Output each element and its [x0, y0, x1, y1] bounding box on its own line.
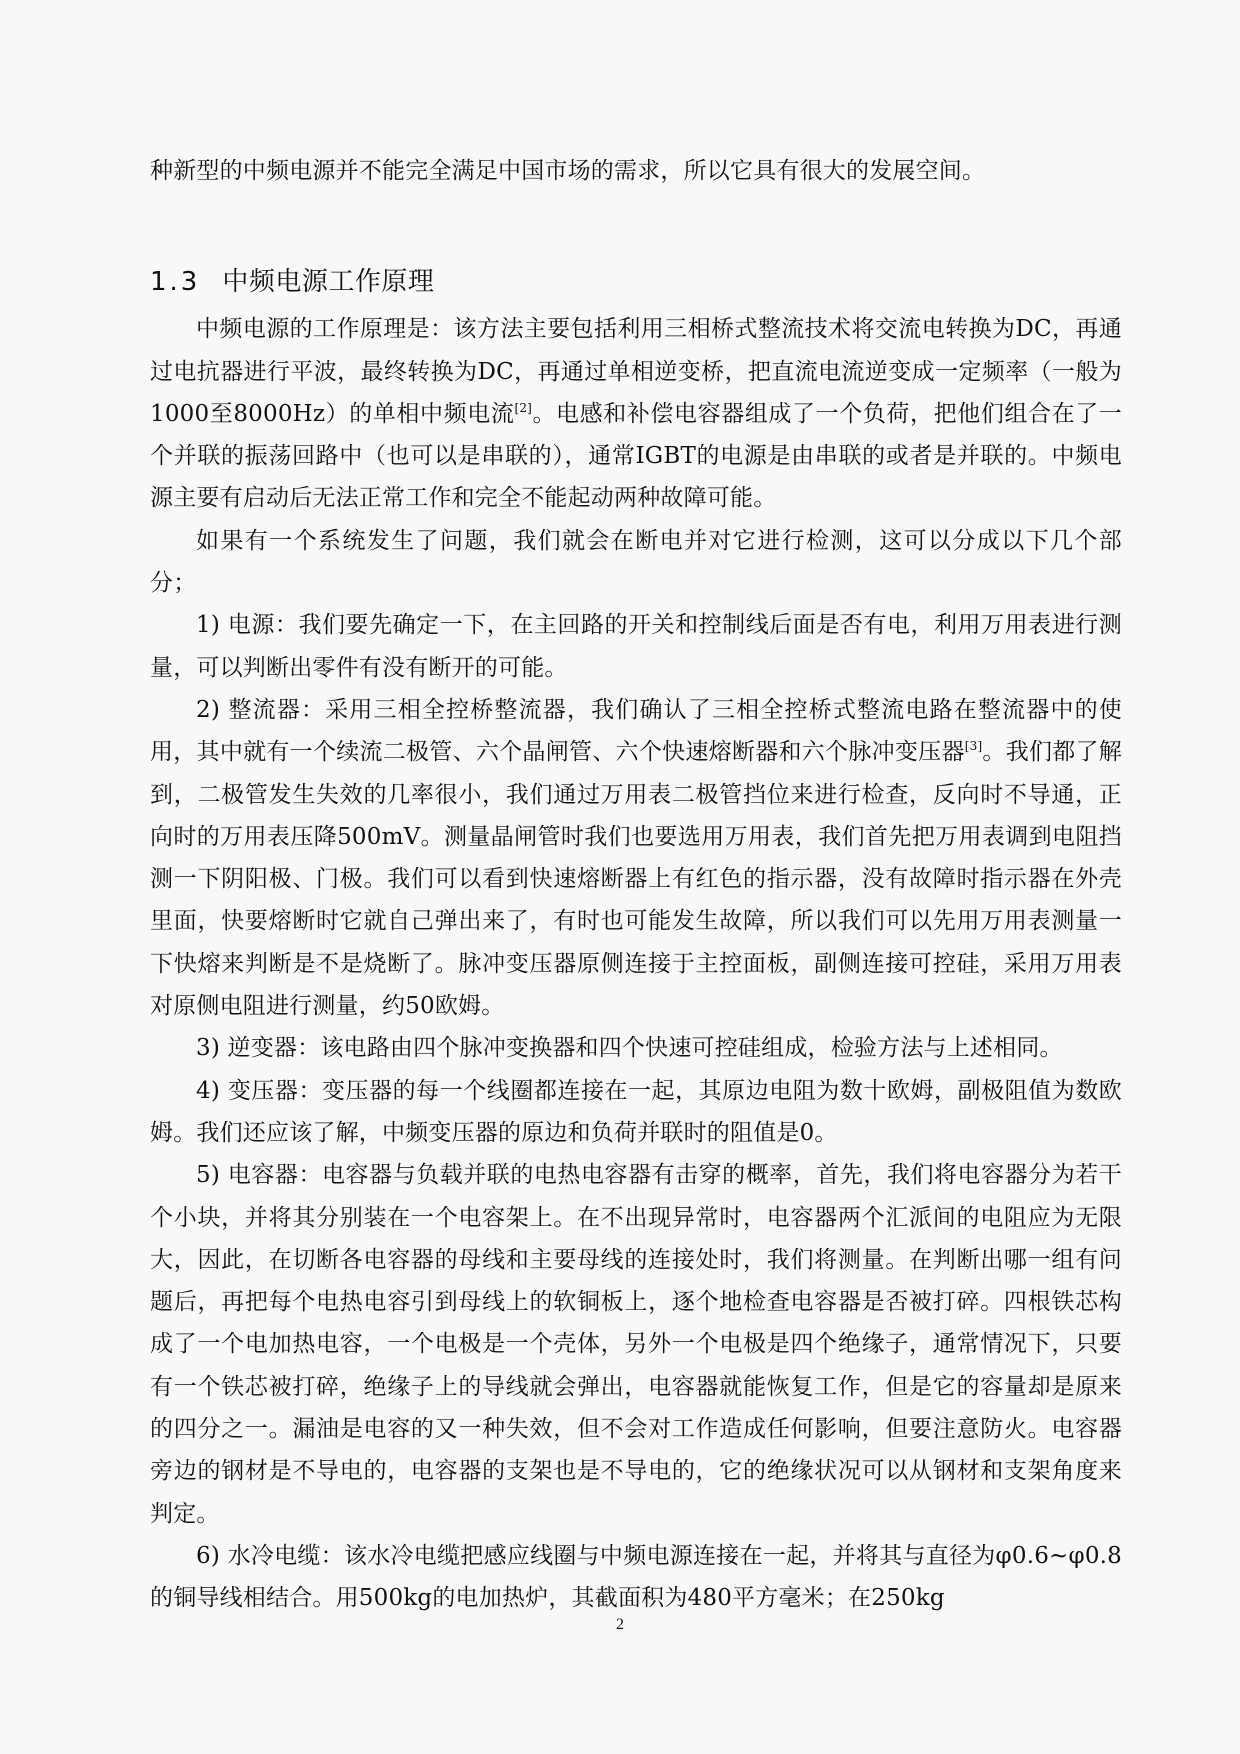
section-title: 中频电源工作原理: [222, 267, 434, 297]
paragraph-item-transformer: 4) 变压器：变压器的每一个线圈都连接在一起，其原边电阻为数十欧姆，副极阻值为数…: [150, 1070, 1122, 1155]
paragraph-fault-detection-intro: 如果有一个系统发生了问题，我们就会在断电并对它进行检测，这可以分成以下几个部分；: [150, 520, 1122, 605]
paragraph-item-water-cooled-cable: 6) 水冷电缆：该水冷电缆把感应线圈与中频电源连接在一起，并将其与直径为φ0.6…: [150, 1535, 1122, 1620]
paragraph-working-principle: 中频电源的工作原理是：该方法主要包括利用三相桥式整流技术将交流电转换为DC，再通…: [150, 308, 1122, 519]
paragraph-item-capacitor: 5) 电容器：电容器与负载并联的电热电容器有击穿的概率，首先，我们将电容器分为若…: [150, 1154, 1122, 1535]
continuation-paragraph: 种新型的中频电源并不能完全满足中国市场的需求，所以它具有很大的发展空间。: [150, 150, 1122, 192]
page-number: 2: [0, 1616, 1240, 1634]
section-number: 1.3: [150, 267, 200, 297]
document-page: 种新型的中频电源并不能完全满足中国市场的需求，所以它具有很大的发展空间。 1.3…: [150, 150, 1122, 1620]
section-heading: 1.3中频电源工作原理: [150, 262, 1122, 302]
citation-ref[interactable]: [3]: [965, 739, 983, 753]
paragraph-item-power-supply: 1) 电源：我们要先确定一下，在主回路的开关和控制线后面是否有电，利用万用表进行…: [150, 604, 1122, 689]
paragraph-item-rectifier: 2) 整流器：采用三相全控桥整流器，我们确认了三相全控桥式整流电路在整流器中的使…: [150, 689, 1122, 1027]
citation-ref[interactable]: [2]: [514, 401, 532, 415]
paragraph-item-inverter: 3) 逆变器：该电路由四个脉冲变换器和四个快速可控硅组成，检验方法与上述相同。: [150, 1027, 1122, 1069]
